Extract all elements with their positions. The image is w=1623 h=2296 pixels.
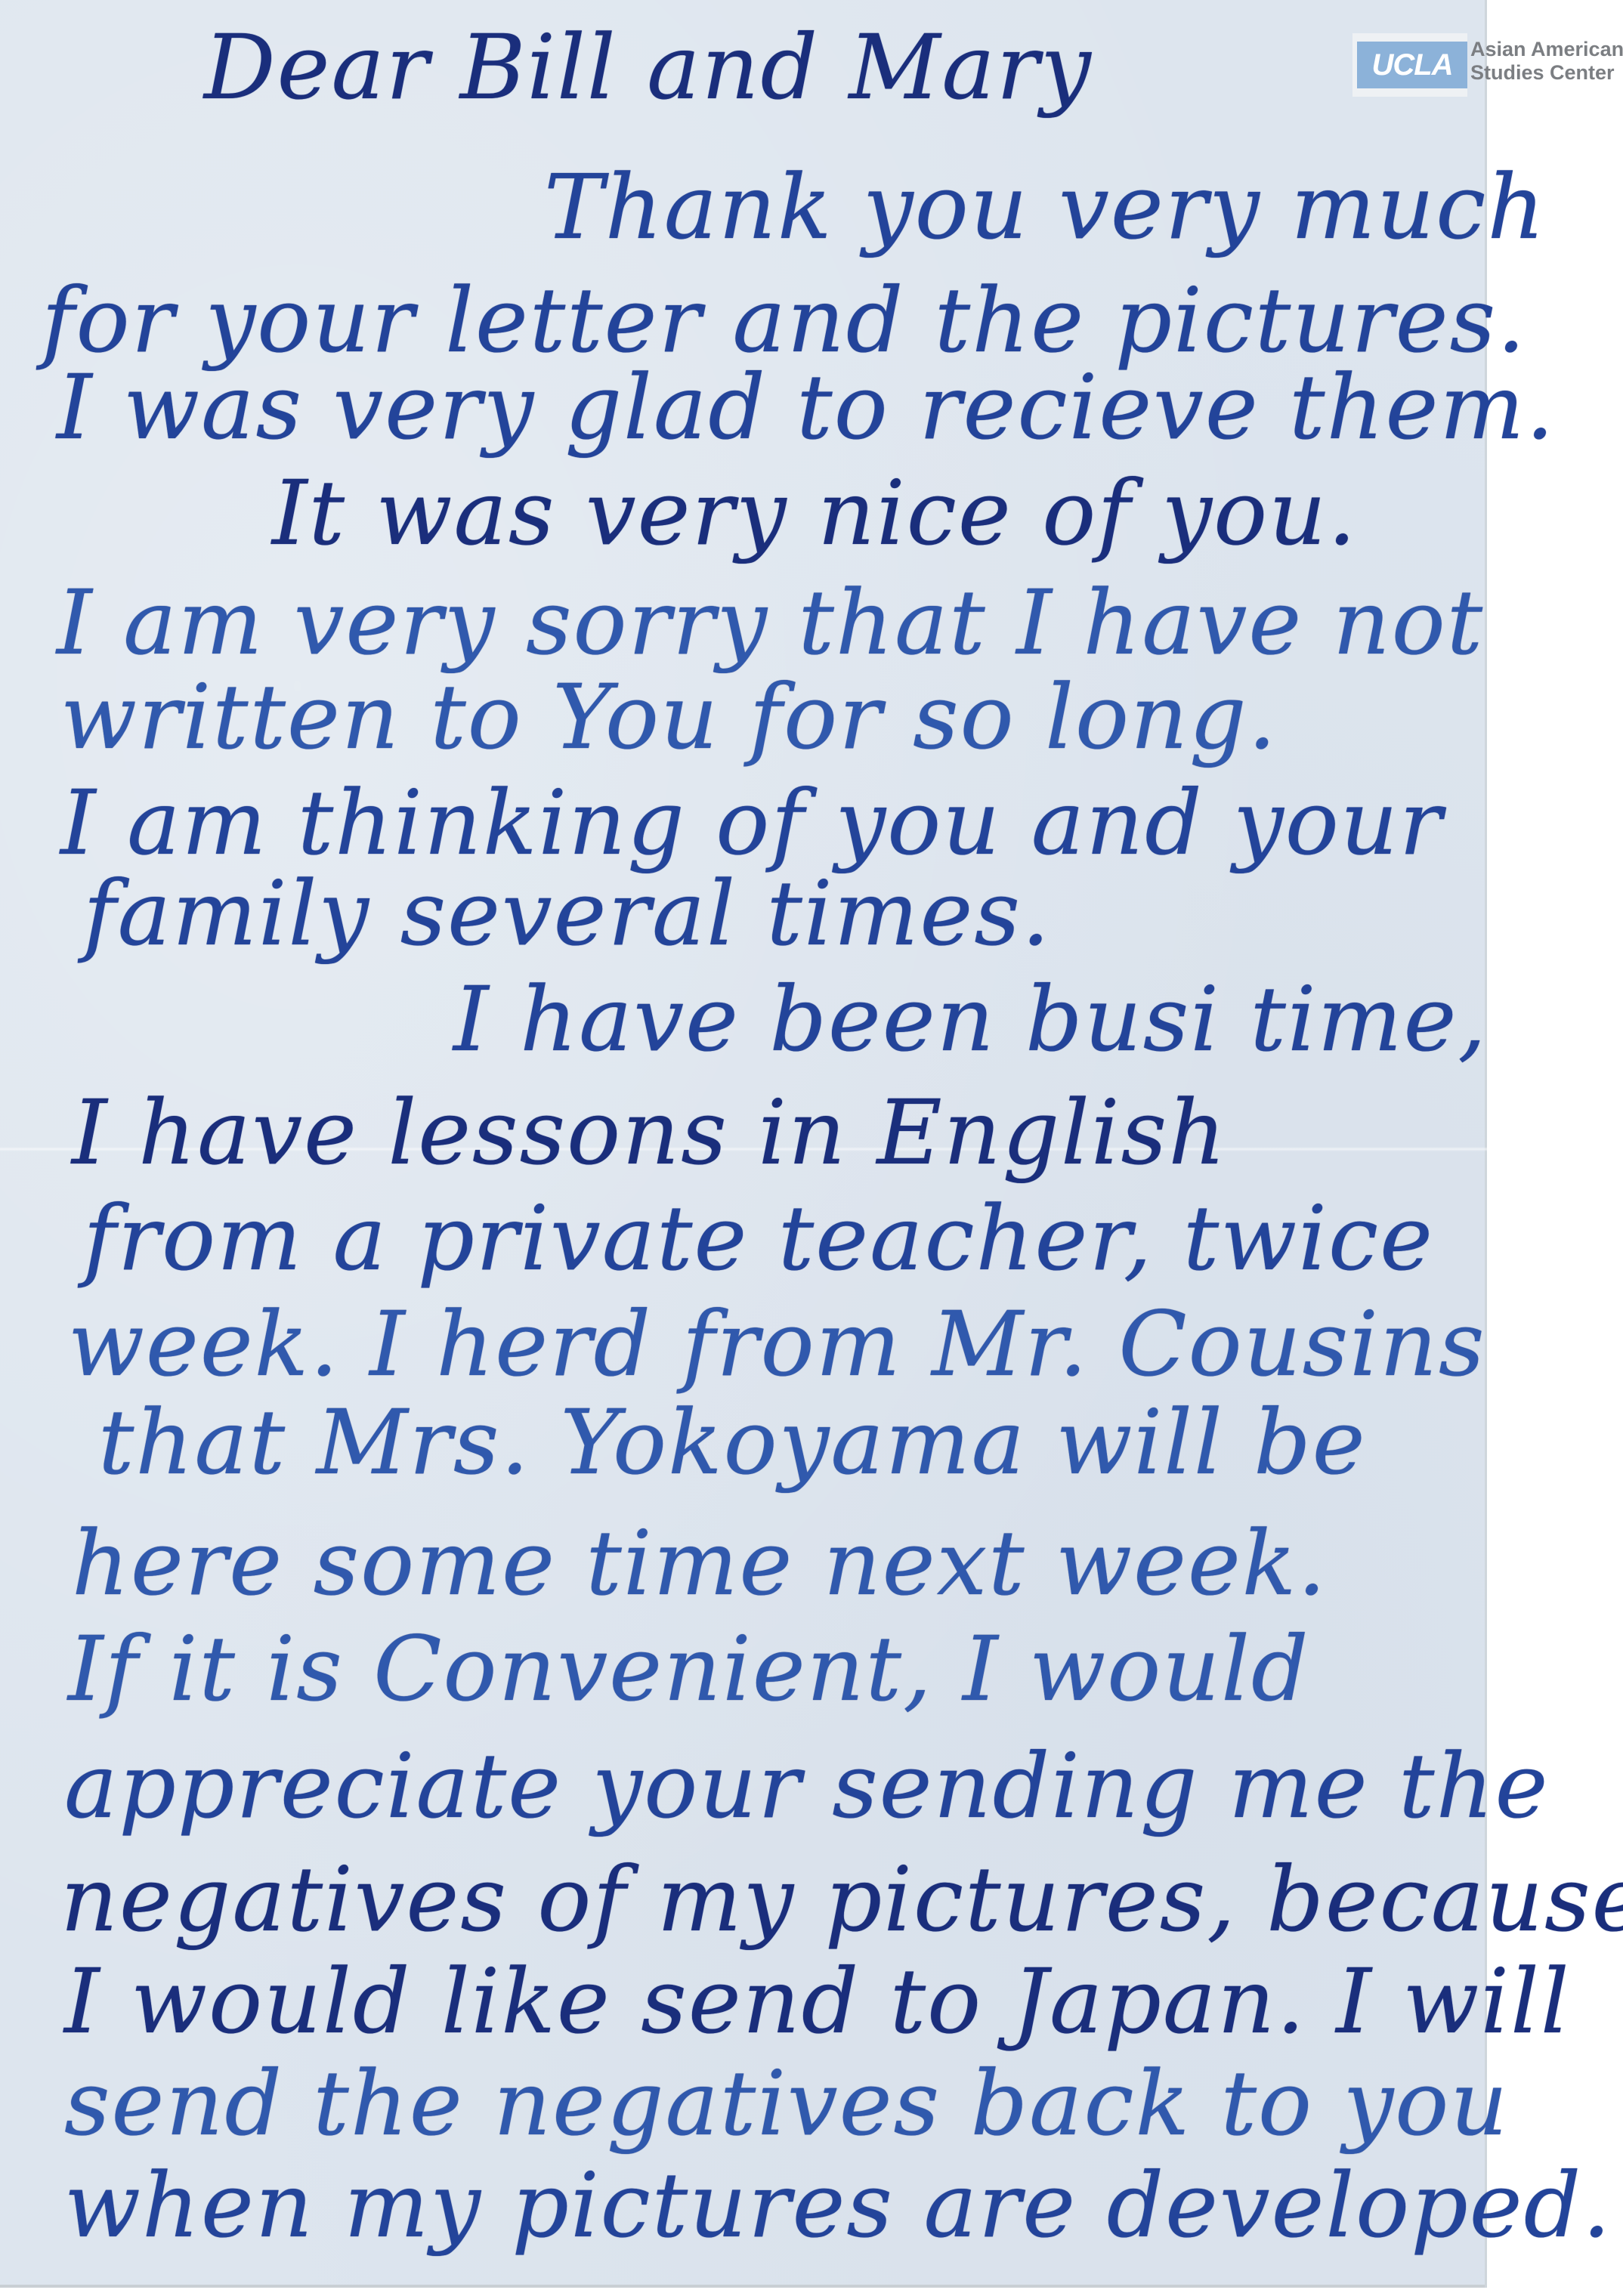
ucla-logo: UCLA xyxy=(1352,33,1467,97)
letter-line: family several times. xyxy=(83,869,1051,958)
letter-line: when my pictures are developed. xyxy=(64,2161,1612,2250)
letter-line: I am very sorry that I have not xyxy=(57,578,1484,667)
letter-line: I am thinking of you and your xyxy=(60,778,1443,867)
letter-salutation: Dear Bill and Mary xyxy=(204,23,1093,112)
letter-line: send the negatives back to you xyxy=(64,2059,1509,2148)
letter-line: I was very glad to recieve them. xyxy=(57,363,1556,452)
letter-line: If it is Convenient, I would xyxy=(68,1624,1310,1714)
letter-line: written to You for so long. xyxy=(60,672,1278,762)
letter-line: that Mrs. Yokoyama will be xyxy=(98,1398,1367,1487)
letter-line: I have lessons in English xyxy=(72,1088,1227,1177)
letter-line: from a private teacher, twice xyxy=(83,1194,1434,1283)
ucla-badge: UCLA xyxy=(1357,42,1467,88)
letter-line: appreciate your sending me the xyxy=(64,1741,1549,1831)
center-name-line1: Asian American xyxy=(1470,38,1623,61)
letter-line: It was very nice of you. xyxy=(272,468,1358,558)
letter-line: week. I herd from Mr. Cousins xyxy=(68,1299,1486,1389)
letter-line: I have been busi time, xyxy=(453,975,1488,1064)
letter-line: Thank you very much xyxy=(544,162,1546,252)
center-name: Asian American Studies Center xyxy=(1470,38,1623,85)
letter-line: I would like send to Japan. I will xyxy=(64,1957,1571,2046)
letter-line: negatives of my pictures, because xyxy=(60,1855,1623,1944)
letter-line: for your letter and the pictures. xyxy=(42,276,1527,365)
center-name-line2: Studies Center xyxy=(1470,61,1623,85)
letter-line: here some time next week. xyxy=(72,1519,1328,1608)
